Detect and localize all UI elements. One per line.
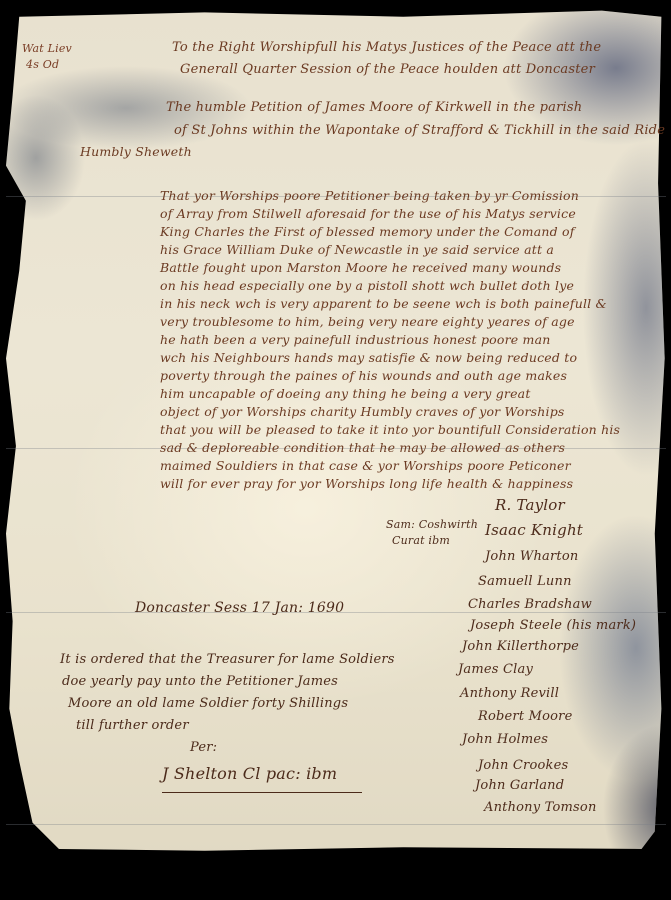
- signatory: Charles Bradshaw: [468, 597, 592, 612]
- body-line: he hath been a very painefull industriou…: [160, 332, 551, 347]
- order-per: Per:: [190, 740, 217, 755]
- signatory: Samuell Lunn: [478, 574, 572, 589]
- body-line: King Charles the First of blessed memory…: [160, 224, 575, 239]
- body-line: sad & deploreable condition that he may …: [160, 440, 565, 455]
- signatory: John Holmes: [462, 732, 548, 747]
- address-line: Generall Quarter Session of the Peace ho…: [180, 62, 595, 77]
- signatory: Joseph Steele (his mark): [470, 618, 636, 633]
- margin-note-line: Wat Liev: [22, 42, 72, 55]
- body-line: That yor Worships poore Petitioner being…: [160, 188, 579, 203]
- humbly-sheweth: Humbly Sheweth: [80, 144, 192, 159]
- signatory: Isaac Knight: [485, 521, 583, 539]
- body-line: his Grace William Duke of Newcastle in y…: [160, 242, 554, 257]
- body-line: him uncapable of doeing any thing he bei…: [160, 386, 531, 401]
- body-line: that you will be pleased to take it into…: [160, 422, 620, 437]
- body-line: very troublesome to him, being very near…: [160, 314, 575, 329]
- body-line: will for ever pray for yor Worships long…: [160, 476, 573, 491]
- order-dateline: Doncaster Sess 17 Jan: 1690: [135, 600, 344, 616]
- body-line: on his head especially one by a pistoll …: [160, 278, 574, 293]
- signatory: R. Taylor: [495, 496, 565, 514]
- order-line: It is ordered that the Treasurer for lam…: [60, 652, 395, 667]
- body-line: maimed Souldiers in that case & yor Wors…: [160, 458, 571, 473]
- signatory: John Killerthorpe: [462, 639, 579, 654]
- signatory: John Garland: [475, 778, 564, 793]
- signatory: Anthony Revill: [460, 686, 559, 701]
- order-line: Moore an old lame Soldier forty Shilling…: [68, 696, 348, 711]
- curate-name: Sam: Coshwirth: [386, 518, 478, 531]
- order-line: till further order: [76, 718, 189, 733]
- body-line: wch his Neighbours hands may satisfie & …: [160, 350, 577, 365]
- intro-line: The humble Petition of James Moore of Ki…: [166, 100, 582, 115]
- signatory: John Wharton: [485, 549, 578, 564]
- curate-title: Curat ibm: [392, 534, 450, 547]
- body-line: in his neck wch is very apparent to be s…: [160, 296, 607, 311]
- signature-underline: [162, 792, 362, 793]
- clerk-signature: J Shelton Cl pac: ibm: [162, 764, 337, 783]
- order-line: doe yearly pay unto the Petitioner James: [62, 674, 338, 689]
- body-line: Battle fought upon Marston Moore he rece…: [160, 260, 561, 275]
- body-line: of Array from Stilwell aforesaid for the…: [160, 206, 576, 221]
- signatory: James Clay: [458, 662, 533, 677]
- body-line: poverty through the paines of his wounds…: [160, 368, 567, 383]
- margin-note-line: 4s Od: [26, 58, 59, 71]
- fold-line: [6, 824, 666, 825]
- signatory: Anthony Tomson: [484, 800, 597, 815]
- body-line: object of yor Worships charity Humbly cr…: [160, 404, 565, 419]
- address-line: To the Right Worshipfull his Matys Justi…: [172, 40, 601, 55]
- signatory: Robert Moore: [478, 709, 572, 724]
- signatory: John Crookes: [478, 758, 568, 773]
- intro-line: of St Johns within the Wapontake of Stra…: [174, 123, 665, 138]
